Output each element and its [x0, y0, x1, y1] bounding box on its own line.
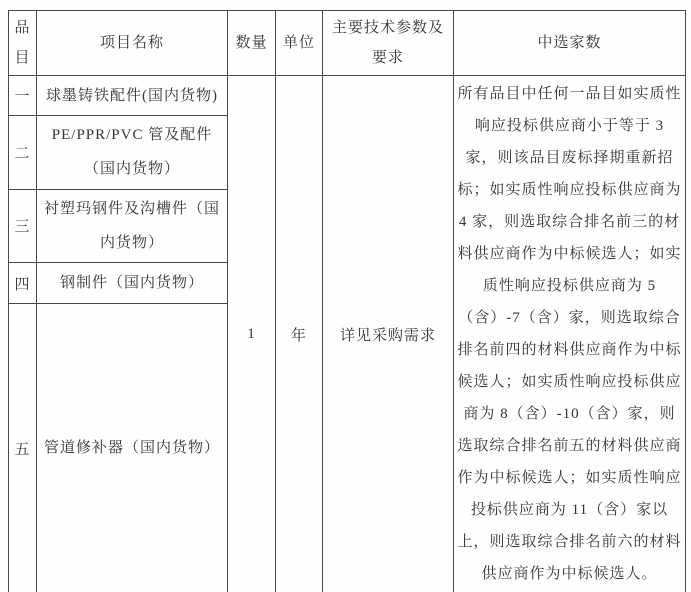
item-name-cell: 钢制件（国内货物）	[37, 263, 228, 304]
col-header-selected-vendors: 中选家数	[454, 11, 686, 76]
col-header-unit: 单位	[276, 11, 323, 76]
unit-cell: 年	[276, 76, 323, 592]
col-header-quantity: 数量	[228, 11, 276, 76]
item-index-cell: 五	[9, 304, 37, 592]
table-row: 一 球墨铸铁配件(国内货物) 1 年 详见采购需求 所有品目中任何一品目如实质性…	[9, 76, 686, 116]
item-index-cell: 四	[9, 263, 37, 304]
table-header-row: 品目 项目名称 数量 单位 主要技术参数及要求 中选家数	[9, 11, 686, 76]
col-header-item-name: 项目名称	[37, 11, 228, 76]
tech-params-cell: 详见采购需求	[323, 76, 454, 592]
item-name-cell: PE/PPR/PVC 管及配件（国内货物）	[37, 116, 228, 189]
item-name-cell: 球墨铸铁配件(国内货物)	[37, 76, 228, 116]
document-page: 品目 项目名称 数量 单位 主要技术参数及要求 中选家数 一 球墨铸铁配件(国内…	[0, 0, 691, 592]
item-index-cell: 二	[9, 116, 37, 189]
item-name-cell: 管道修补器（国内货物）	[37, 304, 228, 592]
item-index-cell: 三	[9, 189, 37, 262]
col-header-item-no: 品目	[9, 11, 37, 76]
item-name-cell: 衬塑玛钢件及沟槽件（国内货物）	[37, 189, 228, 262]
item-index-cell: 一	[9, 76, 37, 116]
col-header-tech-params: 主要技术参数及要求	[323, 11, 454, 76]
quantity-cell: 1	[228, 76, 276, 592]
selection-rule-cell: 所有品目中任何一品目如实质性响应投标供应商小于等于 3 家，则该品目废标择期重新…	[454, 76, 686, 592]
procurement-table: 品目 项目名称 数量 单位 主要技术参数及要求 中选家数 一 球墨铸铁配件(国内…	[8, 10, 686, 592]
